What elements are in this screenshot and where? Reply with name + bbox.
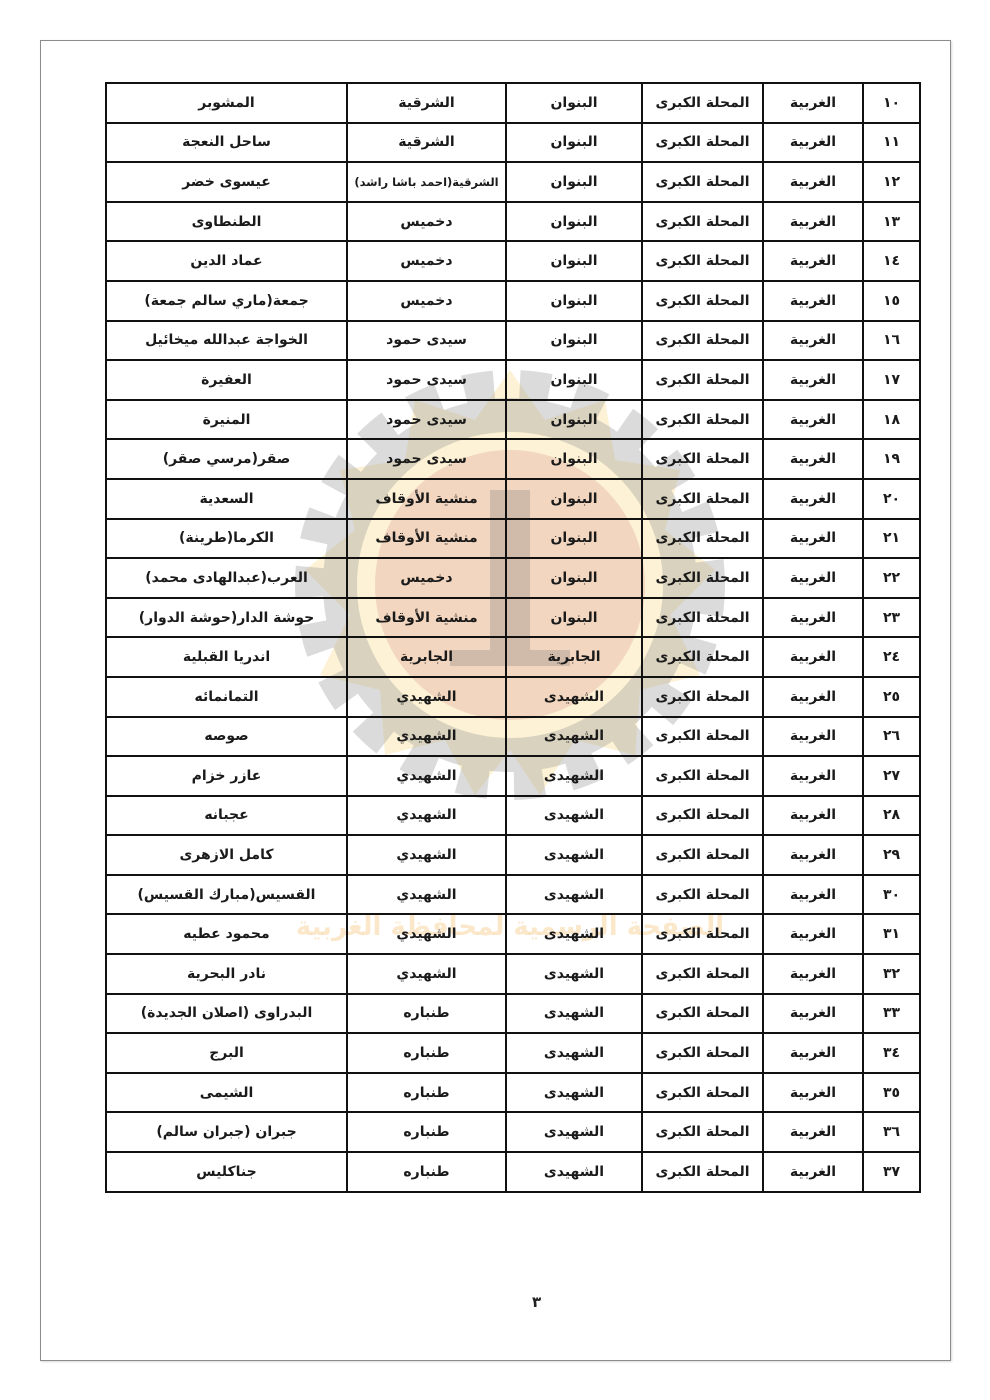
village-cell: الجابرية [347,637,506,677]
hamlet-cell: القسيس(مبارك القسيس) [106,875,347,915]
table-row: ٢٦الغربيةالمحلة الكبرىالشهيدىالشهيديصوصه [106,717,920,757]
row-number-cell: ٢٣ [863,598,920,638]
village-cell: الشهيدي [347,954,506,994]
markaz-cell: المحلة الكبرى [642,1073,763,1113]
hamlet-cell: كامل الازهرى [106,835,347,875]
hamlet-cell: عجبانه [106,796,347,836]
table-row: ٢٧الغربيةالمحلة الكبرىالشهيدىالشهيديعازر… [106,756,920,796]
governorate-cell: الغربية [763,914,863,954]
row-number-cell: ١٨ [863,400,920,440]
row-number-cell: ١٤ [863,241,920,281]
markaz-cell: المحلة الكبرى [642,360,763,400]
table-row: ٣٥الغربيةالمحلة الكبرىالشهيدىطنبارهالشيم… [106,1073,920,1113]
row-number-cell: ٣٦ [863,1112,920,1152]
row-number-cell: ٢٢ [863,558,920,598]
hamlet-cell: المشوبر [106,83,347,123]
hamlet-cell: البدراوى (اصلان الجديدة) [106,994,347,1034]
village-unit-cell: الشهيدى [506,994,642,1034]
table-row: ١٤الغربيةالمحلة الكبرىالبنواندخميسعماد ا… [106,241,920,281]
markaz-cell: المحلة الكبرى [642,677,763,717]
hamlet-cell: الشيمى [106,1073,347,1113]
row-number-cell: ١٣ [863,202,920,242]
table-row: ١٧الغربيةالمحلة الكبرىالبنوانسيدى حمودال… [106,360,920,400]
row-number-cell: ٣٣ [863,994,920,1034]
governorate-cell: الغربية [763,954,863,994]
village-cell: سيدى حمود [347,439,506,479]
row-number-cell: ٢١ [863,519,920,559]
hamlet-cell: عماد الدين [106,241,347,281]
governorate-cell: الغربية [763,558,863,598]
village-unit-cell: البنوان [506,598,642,638]
governorate-cell: الغربية [763,717,863,757]
markaz-cell: المحلة الكبرى [642,914,763,954]
hamlet-cell: محمود عطيه [106,914,347,954]
hamlet-cell: الكرما(طرينة) [106,519,347,559]
village-unit-cell: البنوان [506,281,642,321]
governorate-cell: الغربية [763,162,863,202]
governorate-cell: الغربية [763,400,863,440]
governorate-cell: الغربية [763,994,863,1034]
markaz-cell: المحلة الكبرى [642,202,763,242]
row-number-cell: ١٢ [863,162,920,202]
village-unit-cell: البنوان [506,321,642,361]
governorate-cell: الغربية [763,83,863,123]
table-row: ١٨الغربيةالمحلة الكبرىالبنوانسيدى حمودال… [106,400,920,440]
governorate-cell: الغربية [763,123,863,163]
village-unit-cell: البنوان [506,83,642,123]
village-unit-cell: البنوان [506,519,642,559]
markaz-cell: المحلة الكبرى [642,281,763,321]
hamlet-cell: المنيرة [106,400,347,440]
row-number-cell: ٢٠ [863,479,920,519]
governorate-cell: الغربية [763,1073,863,1113]
hamlet-cell: نادر البحرية [106,954,347,994]
governorate-cell: الغربية [763,439,863,479]
village-cell: منشية الأوقاف [347,479,506,519]
markaz-cell: المحلة الكبرى [642,439,763,479]
markaz-cell: المحلة الكبرى [642,321,763,361]
markaz-cell: المحلة الكبرى [642,479,763,519]
hamlet-cell: جناكليس [106,1152,347,1192]
governorate-cell: الغربية [763,241,863,281]
hamlet-cell: العفيرة [106,360,347,400]
village-unit-cell: الشهيدى [506,1112,642,1152]
hamlet-cell: الطنطاوى [106,202,347,242]
markaz-cell: المحلة الكبرى [642,558,763,598]
village-cell: سيدى حمود [347,400,506,440]
table-row: ٢٣الغربيةالمحلة الكبرىالبنوانمنشية الأوق… [106,598,920,638]
row-number-cell: ٣١ [863,914,920,954]
village-unit-cell: الشهيدى [506,835,642,875]
governorate-cell: الغربية [763,677,863,717]
row-number-cell: ٣٢ [863,954,920,994]
markaz-cell: المحلة الكبرى [642,400,763,440]
village-unit-cell: البنوان [506,558,642,598]
hamlet-cell: عيسوى خضر [106,162,347,202]
village-cell: دخميس [347,558,506,598]
village-unit-cell: البنوان [506,360,642,400]
markaz-cell: المحلة الكبرى [642,756,763,796]
village-unit-cell: الشهيدى [506,1073,642,1113]
table-row: ١٩الغربيةالمحلة الكبرىالبنوانسيدى حمودصق… [106,439,920,479]
village-cell: طنباره [347,1033,506,1073]
row-number-cell: ٣٥ [863,1073,920,1113]
governorate-cell: الغربية [763,1112,863,1152]
village-unit-cell: الشهيدى [506,1152,642,1192]
table-row: ٣٦الغربيةالمحلة الكبرىالشهيدىطنبارهجبران… [106,1112,920,1152]
hamlet-cell: حوشة الدار(حوشة الدوار) [106,598,347,638]
governorate-cell: الغربية [763,756,863,796]
governorate-cell: الغربية [763,835,863,875]
village-unit-cell: الشهيدى [506,717,642,757]
markaz-cell: المحلة الكبرى [642,162,763,202]
village-unit-cell: الشهيدى [506,875,642,915]
markaz-cell: المحلة الكبرى [642,875,763,915]
governorate-cell: الغربية [763,321,863,361]
markaz-cell: المحلة الكبرى [642,1033,763,1073]
row-number-cell: ٢٦ [863,717,920,757]
village-unit-cell: البنوان [506,123,642,163]
hamlet-cell: العرب(عبدالهادى محمد) [106,558,347,598]
village-cell: سيدى حمود [347,321,506,361]
table-row: ١٥الغربيةالمحلة الكبرىالبنواندخميسجمعة(م… [106,281,920,321]
village-cell: دخميس [347,281,506,321]
hamlet-cell: جبران (جبران سالم) [106,1112,347,1152]
markaz-cell: المحلة الكبرى [642,796,763,836]
village-unit-cell: البنوان [506,162,642,202]
village-unit-cell: الجابرية [506,637,642,677]
village-cell: منشية الأوقاف [347,519,506,559]
village-unit-cell: البنوان [506,479,642,519]
village-cell: الشرقية [347,83,506,123]
row-number-cell: ١٩ [863,439,920,479]
hamlet-cell: التمانمائه [106,677,347,717]
village-cell: طنباره [347,994,506,1034]
village-cell: الشهيدي [347,717,506,757]
hamlet-cell: الخواجة عبدالله ميخائيل [106,321,347,361]
village-unit-cell: البنوان [506,241,642,281]
row-number-cell: ١١ [863,123,920,163]
village-cell: الشهيدي [347,835,506,875]
table-row: ٣٧الغربيةالمحلة الكبرىالشهيدىطنبارهجناكل… [106,1152,920,1192]
governorate-cell: الغربية [763,360,863,400]
villages-table: ١٠الغربيةالمحلة الكبرىالبنوانالشرقيةالمش… [105,82,921,1193]
markaz-cell: المحلة الكبرى [642,241,763,281]
village-cell: الشرقية [347,123,506,163]
hamlet-cell: السعدية [106,479,347,519]
table-row: ٢٨الغربيةالمحلة الكبرىالشهيدىالشهيديعجبا… [106,796,920,836]
village-unit-cell: الشهيدى [506,954,642,994]
hamlet-cell: البرج [106,1033,347,1073]
markaz-cell: المحلة الكبرى [642,1112,763,1152]
village-cell: الشهيدي [347,756,506,796]
governorate-cell: الغربية [763,1152,863,1192]
governorate-cell: الغربية [763,281,863,321]
table-row: ٣٠الغربيةالمحلة الكبرىالشهيدىالشهيديالقس… [106,875,920,915]
markaz-cell: المحلة الكبرى [642,519,763,559]
table-row: ٣٤الغربيةالمحلة الكبرىالشهيدىطنبارهالبرج [106,1033,920,1073]
markaz-cell: المحلة الكبرى [642,637,763,677]
table-row: ٢١الغربيةالمحلة الكبرىالبنوانمنشية الأوق… [106,519,920,559]
markaz-cell: المحلة الكبرى [642,598,763,638]
village-cell: دخميس [347,241,506,281]
village-cell: الشهيدي [347,677,506,717]
hamlet-cell: جمعة(ماري سالم جمعة) [106,281,347,321]
village-cell: الشهيدي [347,914,506,954]
village-unit-cell: الشهيدى [506,914,642,954]
markaz-cell: المحلة الكبرى [642,994,763,1034]
table-row: ١٠الغربيةالمحلة الكبرىالبنوانالشرقيةالمش… [106,83,920,123]
village-unit-cell: الشهيدى [506,796,642,836]
row-number-cell: ٢٧ [863,756,920,796]
page-number: ٣ [532,1293,541,1311]
markaz-cell: المحلة الكبرى [642,954,763,994]
village-unit-cell: الشهيدى [506,756,642,796]
table-row: ٣٢الغربيةالمحلة الكبرىالشهيدىالشهيدينادر… [106,954,920,994]
hamlet-cell: عازر خزام [106,756,347,796]
village-cell: دخميس [347,202,506,242]
row-number-cell: ٢٥ [863,677,920,717]
village-unit-cell: البنوان [506,202,642,242]
row-number-cell: ٢٨ [863,796,920,836]
governorate-cell: الغربية [763,1033,863,1073]
village-unit-cell: البنوان [506,439,642,479]
table-row: ٢٥الغربيةالمحلة الكبرىالشهيدىالشهيديالتم… [106,677,920,717]
village-cell: طنباره [347,1112,506,1152]
row-number-cell: ٣٤ [863,1033,920,1073]
row-number-cell: ١٦ [863,321,920,361]
governorate-cell: الغربية [763,637,863,677]
table-row: ٢٤الغربيةالمحلة الكبرىالجابريةالجابريةان… [106,637,920,677]
row-number-cell: ١٠ [863,83,920,123]
row-number-cell: ٢٤ [863,637,920,677]
village-cell: الشرقية(احمد باشا راشد) [347,162,506,202]
table-row: ٢٠الغربيةالمحلة الكبرىالبنوانمنشية الأوق… [106,479,920,519]
village-cell: الشهيدي [347,796,506,836]
markaz-cell: المحلة الكبرى [642,835,763,875]
row-number-cell: ١٥ [863,281,920,321]
village-cell: الشهيدي [347,875,506,915]
village-cell: طنباره [347,1152,506,1192]
governorate-cell: الغربية [763,479,863,519]
table-row: ٣١الغربيةالمحلة الكبرىالشهيدىالشهيديمحمو… [106,914,920,954]
markaz-cell: المحلة الكبرى [642,717,763,757]
markaz-cell: المحلة الكبرى [642,1152,763,1192]
village-unit-cell: الشهيدى [506,677,642,717]
hamlet-cell: ساحل النعجة [106,123,347,163]
table-row: ١٣الغربيةالمحلة الكبرىالبنواندخميسالطنطا… [106,202,920,242]
row-number-cell: ٣٠ [863,875,920,915]
governorate-cell: الغربية [763,202,863,242]
row-number-cell: ٣٧ [863,1152,920,1192]
table-row: ١٢الغربيةالمحلة الكبرىالبنوانالشرقية(احم… [106,162,920,202]
row-number-cell: ٢٩ [863,835,920,875]
table-row: ١١الغربيةالمحلة الكبرىالبنوانالشرقيةساحل… [106,123,920,163]
village-cell: سيدى حمود [347,360,506,400]
village-unit-cell: الشهيدى [506,1033,642,1073]
village-cell: منشية الأوقاف [347,598,506,638]
table-row: ٣٣الغربيةالمحلة الكبرىالشهيدىطنبارهالبدر… [106,994,920,1034]
governorate-cell: الغربية [763,598,863,638]
governorate-cell: الغربية [763,796,863,836]
hamlet-cell: صقر(مرسي صقر) [106,439,347,479]
table-row: ٢٩الغربيةالمحلة الكبرىالشهيدىالشهيديكامل… [106,835,920,875]
governorate-cell: الغربية [763,519,863,559]
village-cell: طنباره [347,1073,506,1113]
table-row: ١٦الغربيةالمحلة الكبرىالبنوانسيدى حمودال… [106,321,920,361]
table-row: ٢٢الغربيةالمحلة الكبرىالبنواندخميسالعرب(… [106,558,920,598]
markaz-cell: المحلة الكبرى [642,83,763,123]
hamlet-cell: صوصه [106,717,347,757]
village-unit-cell: البنوان [506,400,642,440]
row-number-cell: ١٧ [863,360,920,400]
governorate-cell: الغربية [763,875,863,915]
markaz-cell: المحلة الكبرى [642,123,763,163]
hamlet-cell: اندريا القبلية [106,637,347,677]
